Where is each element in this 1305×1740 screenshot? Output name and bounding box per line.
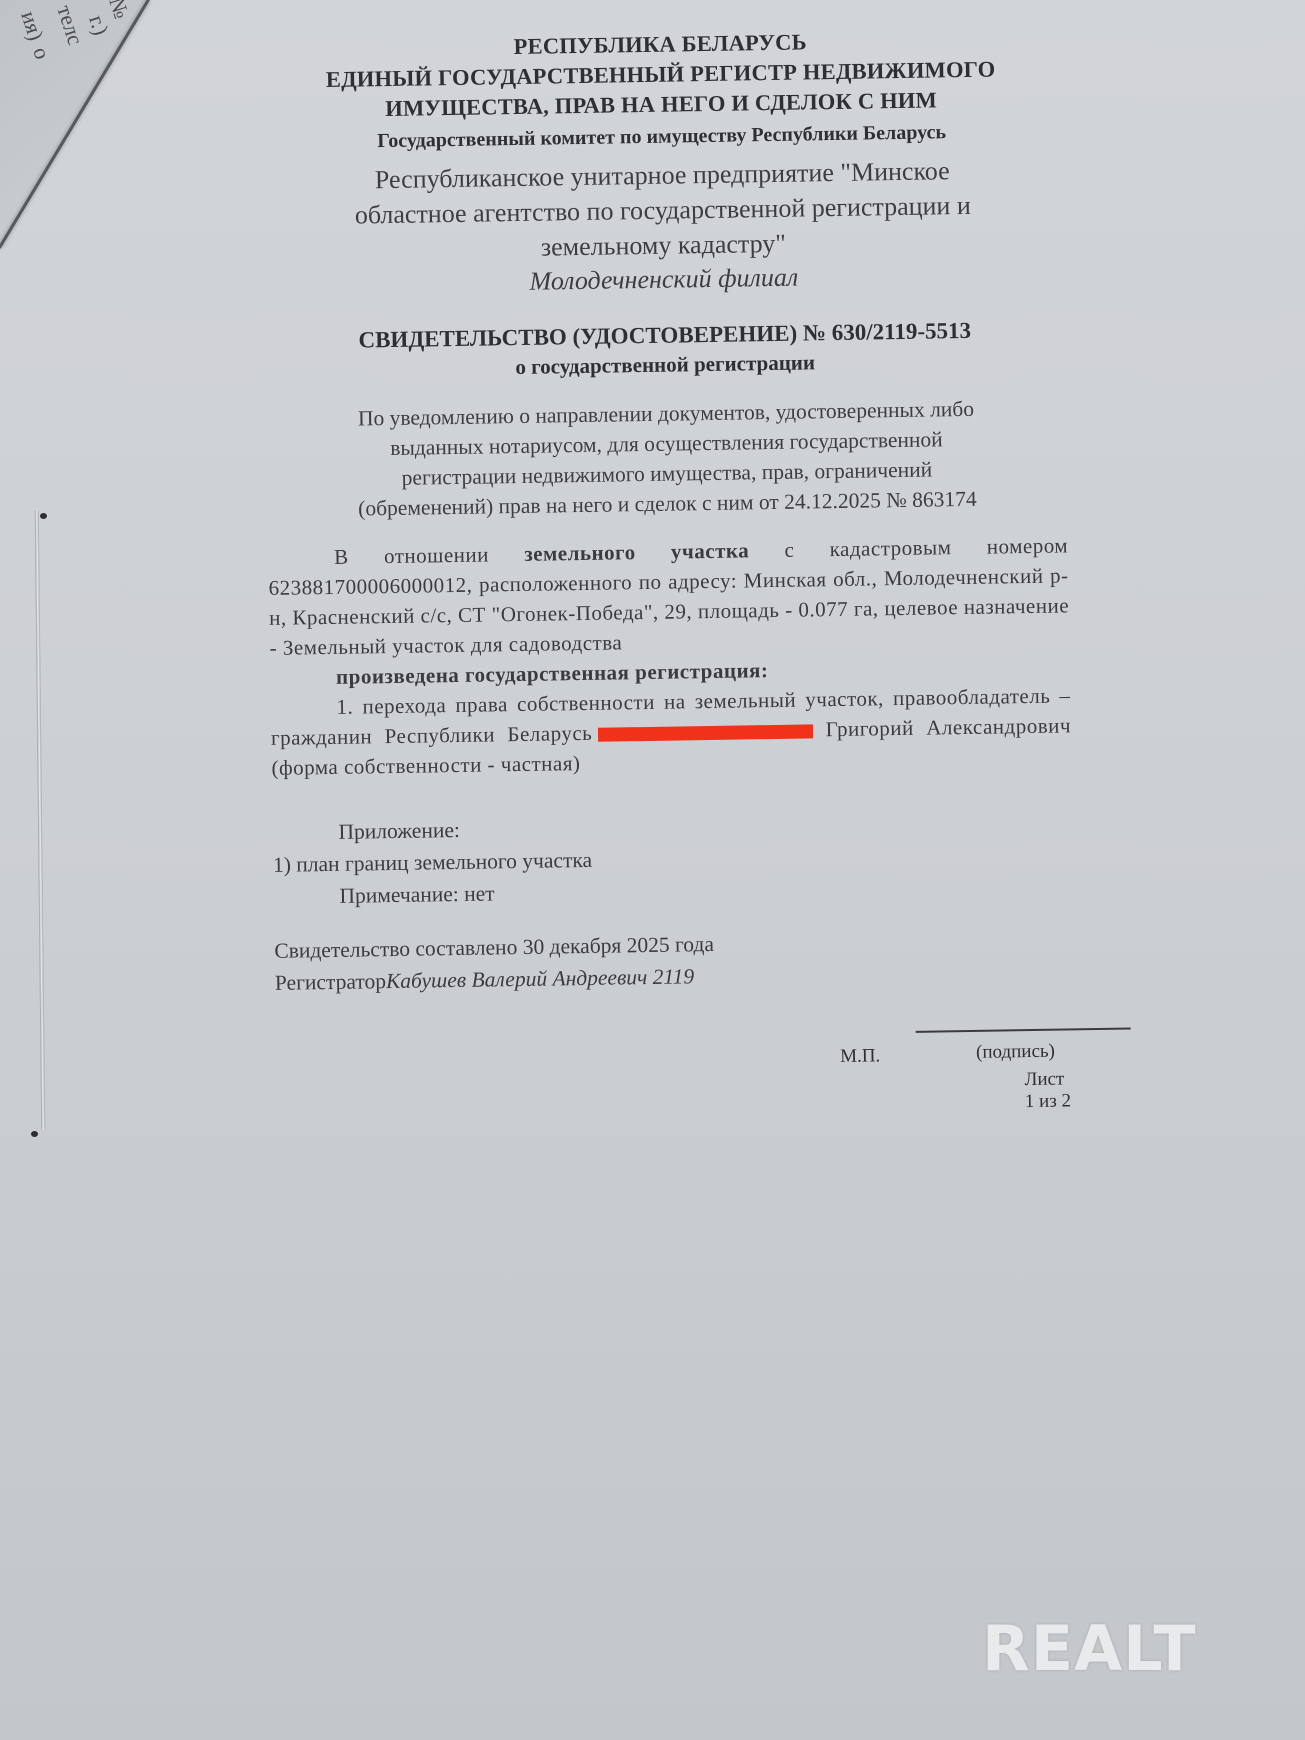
object-type: земельного участка [524,538,749,566]
signature-area: М.П. (подпись) Лист 1 из 2 [275,1006,1076,1099]
staple-mark [31,1131,38,1137]
paper-fold-line [35,510,45,1130]
stamp-place: М.П. [840,1045,880,1068]
underlying-sheet-corner: № г.) телс ия) о [0,0,170,260]
certificate-page: РЕСПУБЛИКА БЕЛАРУСЬ ЕДИНЫЙ ГОСУДАРСТВЕНН… [260,23,1077,1098]
registrar-name: Кабушев Валерий Андреевич 2119 [386,964,695,993]
redaction-bar [598,725,813,742]
staple-mark [40,513,47,519]
signature-caption: (подпись) [976,1041,1055,1064]
registration-item-1: 1. перехода права собственности на земел… [270,680,1071,783]
signature-line [916,1027,1131,1032]
intro-paragraph: По уведомлению о направлении документов,… [266,392,1068,525]
description-lead: В отношении [334,542,489,568]
sheet-number: Лист 1 из 2 [1024,1068,1077,1113]
realt-watermark-logo: REALT [982,1612,1197,1685]
registrar-label: Регистратор [275,969,386,995]
property-description: В отношении земельного участка с кадастр… [268,530,1070,663]
